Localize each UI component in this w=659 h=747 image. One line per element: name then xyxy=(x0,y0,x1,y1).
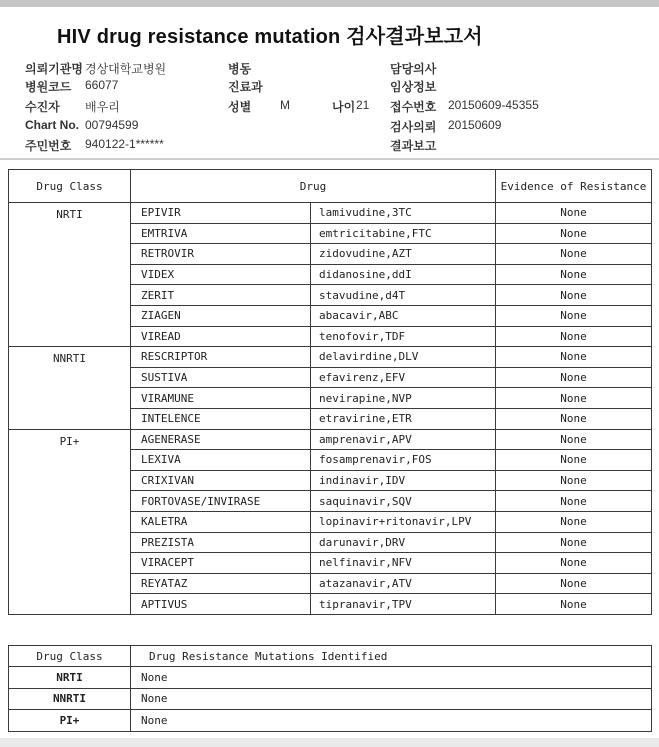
generic-cell: emtricitabine,FTC xyxy=(311,223,496,244)
info-label-resident-id: 주민번호 xyxy=(25,137,71,154)
header-divider xyxy=(0,158,659,160)
generic-cell: etravirine,ETR xyxy=(311,408,496,429)
evidence-cell: None xyxy=(496,553,652,574)
brand-cell: CRIXIVAN xyxy=(131,470,311,491)
report-title: HIV drug resistance mutation 검사결과보고서 xyxy=(57,20,483,49)
header-mutations: Drug Resistance Mutations Identified xyxy=(131,646,652,667)
info-value-test-requested: 20150609 xyxy=(448,118,501,132)
info-label-accession-no: 접수번호 xyxy=(390,98,436,115)
generic-cell: tenofovir,TDF xyxy=(311,326,496,347)
generic-cell: delavirdine,DLV xyxy=(311,347,496,368)
report-page: HIV drug resistance mutation 검사결과보고서 의뢰기… xyxy=(0,0,659,747)
evidence-cell: None xyxy=(496,244,652,265)
evidence-cell: None xyxy=(496,305,652,326)
table-row: NRTI None xyxy=(9,667,652,689)
brand-cell: INTELENCE xyxy=(131,408,311,429)
brand-cell: KALETRA xyxy=(131,511,311,532)
table-row: NNRTI None xyxy=(9,688,652,710)
brand-cell: VIREAD xyxy=(131,326,311,347)
generic-cell: nevirapine,NVP xyxy=(311,388,496,409)
table-header-row: Drug Class Drug Evidence of Resistance xyxy=(9,170,652,203)
evidence-cell: None xyxy=(496,264,652,285)
evidence-cell: None xyxy=(496,429,652,450)
generic-cell: nelfinavir,NFV xyxy=(311,553,496,574)
evidence-cell: None xyxy=(496,470,652,491)
generic-cell: didanosine,ddI xyxy=(311,264,496,285)
top-window-bar xyxy=(0,0,659,7)
brand-cell: EMTRIVA xyxy=(131,223,311,244)
header-drug: Drug xyxy=(131,170,496,203)
brand-cell: ZERIT xyxy=(131,285,311,306)
table-header-row: Drug Class Drug Resistance Mutations Ide… xyxy=(9,646,652,667)
info-label-ward: 병동 xyxy=(228,60,251,77)
evidence-cell: None xyxy=(496,532,652,553)
info-value-resident-id: 940122-1****** xyxy=(85,137,164,151)
evidence-cell: None xyxy=(496,594,652,615)
evidence-cell: None xyxy=(496,367,652,388)
evidence-cell: None xyxy=(496,223,652,244)
info-label-result-reported: 결과보고 xyxy=(390,137,436,154)
evidence-cell: None xyxy=(496,388,652,409)
info-label-doctor: 담당의사 xyxy=(390,60,436,77)
resistance-table: Drug Class Drug Evidence of Resistance N… xyxy=(8,169,652,615)
brand-cell: ZIAGEN xyxy=(131,305,311,326)
brand-cell: SUSTIVA xyxy=(131,367,311,388)
info-label-test-requested: 검사의뢰 xyxy=(390,118,436,135)
brand-cell: VIRAMUNE xyxy=(131,388,311,409)
header-evidence: Evidence of Resistance xyxy=(496,170,652,203)
generic-cell: fosamprenavir,FOS xyxy=(311,450,496,471)
header-drug-class: Drug Class xyxy=(9,646,131,667)
evidence-cell: None xyxy=(496,326,652,347)
evidence-cell: None xyxy=(496,491,652,512)
info-value-patient: 배우리 xyxy=(85,98,120,115)
drug-class-cell: NNRTI xyxy=(9,688,131,710)
info-label-sex: 성별 xyxy=(228,98,251,115)
evidence-cell: None xyxy=(496,285,652,306)
info-label-chart-no: Chart No. xyxy=(25,118,79,132)
generic-cell: abacavir,ABC xyxy=(311,305,496,326)
info-value-hospital-code: 66077 xyxy=(85,78,118,92)
table-row: PI+ None xyxy=(9,710,652,732)
generic-cell: lamivudine,3TC xyxy=(311,203,496,224)
drug-class-cell: NRTI xyxy=(9,203,131,347)
info-value-accession-no: 20150609-45355 xyxy=(448,98,539,112)
info-label-age: 나이 xyxy=(332,98,355,115)
brand-cell: AGENERASE xyxy=(131,429,311,450)
brand-cell: RESCRIPTOR xyxy=(131,347,311,368)
evidence-cell: None xyxy=(496,408,652,429)
bottom-window-bar xyxy=(0,738,659,747)
info-value-institution: 경상대학교병원 xyxy=(85,60,166,77)
generic-cell: atazanavir,ATV xyxy=(311,573,496,594)
drug-class-cell: NNRTI xyxy=(9,347,131,429)
evidence-cell: None xyxy=(496,203,652,224)
evidence-cell: None xyxy=(496,573,652,594)
brand-cell: VIDEX xyxy=(131,264,311,285)
table-row: NNRTI RESCRIPTOR delavirdine,DLV None xyxy=(9,347,652,368)
drug-class-cell: NRTI xyxy=(9,667,131,689)
evidence-cell: None xyxy=(496,511,652,532)
mutations-cell: None xyxy=(131,710,652,732)
generic-cell: tipranavir,TPV xyxy=(311,594,496,615)
generic-cell: efavirenz,EFV xyxy=(311,367,496,388)
info-value-sex: M xyxy=(280,98,290,112)
table-row: NRTI EPIVIR lamivudine,3TC None xyxy=(9,203,652,224)
brand-cell: VIRACEPT xyxy=(131,553,311,574)
brand-cell: LEXIVA xyxy=(131,450,311,471)
generic-cell: saquinavir,SQV xyxy=(311,491,496,512)
generic-cell: lopinavir+ritonavir,LPV xyxy=(311,511,496,532)
header-drug-class: Drug Class xyxy=(9,170,131,203)
generic-cell: stavudine,d4T xyxy=(311,285,496,306)
evidence-cell: None xyxy=(496,450,652,471)
brand-cell: RETROVIR xyxy=(131,244,311,265)
info-value-age: 21 xyxy=(356,98,369,112)
info-value-chart-no: 00794599 xyxy=(85,118,138,132)
generic-cell: zidovudine,AZT xyxy=(311,244,496,265)
drug-class-cell: PI+ xyxy=(9,429,131,614)
info-label-clinical-info: 임상정보 xyxy=(390,78,436,95)
mutations-cell: None xyxy=(131,688,652,710)
brand-cell: REYATAZ xyxy=(131,573,311,594)
generic-cell: amprenavir,APV xyxy=(311,429,496,450)
brand-cell: PREZISTA xyxy=(131,532,311,553)
generic-cell: indinavir,IDV xyxy=(311,470,496,491)
brand-cell: EPIVIR xyxy=(131,203,311,224)
mutations-table: Drug Class Drug Resistance Mutations Ide… xyxy=(8,645,652,732)
table-row: PI+ AGENERASE amprenavir,APV None xyxy=(9,429,652,450)
evidence-cell: None xyxy=(496,347,652,368)
brand-cell: APTIVUS xyxy=(131,594,311,615)
generic-cell: darunavir,DRV xyxy=(311,532,496,553)
mutations-cell: None xyxy=(131,667,652,689)
drug-class-cell: PI+ xyxy=(9,710,131,732)
info-label-institution: 의뢰기관명 xyxy=(25,60,83,77)
brand-cell: FORTOVASE/INVIRASE xyxy=(131,491,311,512)
info-label-department: 진료과 xyxy=(228,78,263,95)
info-label-hospital-code: 병원코드 xyxy=(25,78,71,95)
info-label-patient: 수진자 xyxy=(25,98,60,115)
